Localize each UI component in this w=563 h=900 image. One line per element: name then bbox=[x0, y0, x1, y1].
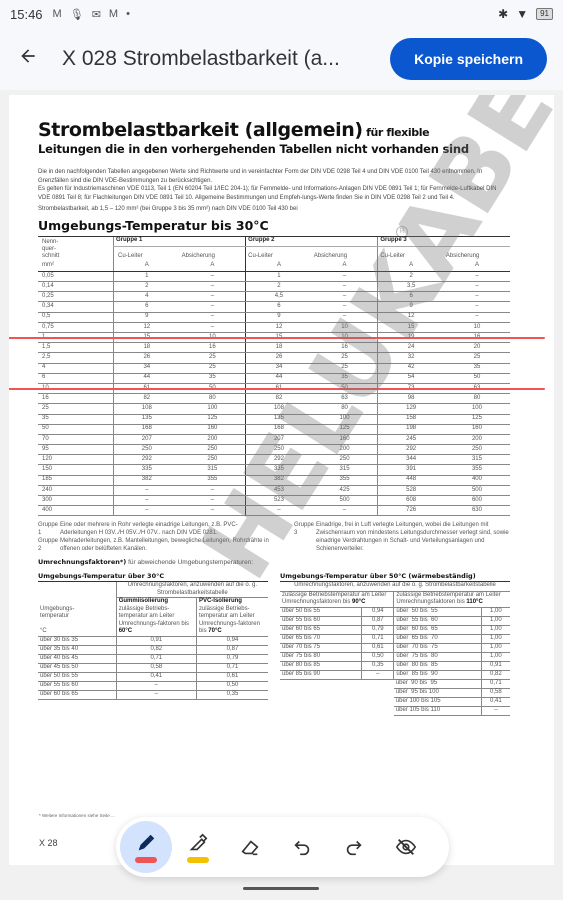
redo-button[interactable] bbox=[328, 821, 380, 873]
table-row: 0,254–4,5–6– bbox=[38, 292, 510, 302]
document-heading: Strombelastbarkeit (allgemein) für flexi… bbox=[38, 121, 510, 142]
table-row: 1,5181618162420 bbox=[38, 343, 510, 353]
conversion-table-30: Umgebungs-Temperatur über 30°C Umgebungs… bbox=[38, 572, 268, 716]
table-row: 0,7512–12101510 bbox=[38, 322, 510, 332]
wifi-icon: ▼ bbox=[516, 7, 528, 21]
annotation-toolbar bbox=[116, 817, 449, 877]
table-row: über 105 bis 110– bbox=[280, 706, 510, 715]
table-row: über 90 bis 950,71 bbox=[280, 679, 510, 688]
bluetooth-icon: ✱ bbox=[498, 7, 508, 21]
table-row: 240––453425528500 bbox=[38, 485, 510, 495]
eye-off-icon bbox=[395, 836, 417, 858]
arrow-left-icon bbox=[18, 46, 38, 66]
conversion-note: Umrechnungsfaktoren*) für abweichende Um… bbox=[38, 558, 510, 567]
table-row: über 95 bis 1000,58 bbox=[280, 688, 510, 697]
table-row: 185382355382355448400 bbox=[38, 475, 510, 485]
group-header: Gruppe 3 bbox=[378, 237, 510, 247]
back-button[interactable] bbox=[18, 46, 42, 72]
mic-icon: 🎙 bbox=[70, 8, 84, 21]
table-row: über 45 bis 500,580,71 bbox=[38, 663, 268, 672]
conversion-table-50: Umgebungs-Temperatur über 50°C (wärmebes… bbox=[280, 572, 510, 716]
table-row: über 55 bis 60–0,50 bbox=[38, 681, 268, 690]
app-bar: X 028 Strombelastbarkeit (a... Kopie spe… bbox=[0, 28, 563, 90]
table-row: 16828082639880 bbox=[38, 394, 510, 404]
eraser-tool[interactable] bbox=[224, 821, 276, 873]
table-row: über 40 bis 450,710,79 bbox=[38, 654, 268, 663]
group-header: Gruppe 2 bbox=[246, 237, 378, 247]
group-legend: Gruppe 1Eine oder mehrere in Rohr verleg… bbox=[38, 521, 510, 553]
table-row: über 100 bis 1050,41 bbox=[280, 697, 510, 706]
table-row: über 30 bis 350,910,94 bbox=[38, 636, 268, 645]
pen-tool[interactable] bbox=[120, 821, 172, 873]
hide-annotations-button[interactable] bbox=[380, 821, 432, 873]
table-row: über 65 bis 700,71über 65 bis 701,00 bbox=[280, 634, 510, 643]
document-page[interactable]: R Strombelastbarkeit (allgemein) für fle… bbox=[9, 95, 554, 865]
ampacity-table: Nenn- quer- schnitt Gruppe 1 Gruppe 2 Gr… bbox=[38, 237, 510, 517]
table-row: 2,5262526253225 bbox=[38, 353, 510, 363]
page-number: X 28 bbox=[39, 838, 58, 848]
table-row: 35135125135100158125 bbox=[38, 414, 510, 424]
table-row: über 60 bis 650,79über 60 bis 651,00 bbox=[280, 625, 510, 634]
clock: 15:46 bbox=[10, 7, 43, 22]
battery-icon: 91 bbox=[536, 8, 553, 20]
table-row: über 55 bis 600,87über 55 bis 601,00 bbox=[280, 616, 510, 625]
footnote: * Weitere Informationen siehe Seite ... bbox=[39, 813, 115, 818]
table-row: 95250250250200292250 bbox=[38, 445, 510, 455]
intro-text: Die in den nachfolgenden Tabellen angege… bbox=[38, 168, 510, 214]
highlighter-color-swatch bbox=[187, 857, 209, 863]
mail-badge-icon: ✉ bbox=[92, 8, 101, 21]
highlighter-icon bbox=[187, 832, 209, 854]
highlighter-tool[interactable] bbox=[172, 821, 224, 873]
table-row: über 75 bis 800,50über 75 bis 801,00 bbox=[280, 652, 510, 661]
document-title: X 028 Strombelastbarkeit (a... bbox=[62, 47, 374, 71]
table-row: 50168160168125198160 bbox=[38, 424, 510, 434]
gmail-icon: M bbox=[53, 8, 62, 20]
table-row: 4342534254235 bbox=[38, 363, 510, 373]
document-subheading: Leitungen die in den vorhergehenden Tabe… bbox=[38, 142, 510, 156]
save-copy-button[interactable]: Kopie speichern bbox=[390, 38, 547, 80]
table-row: 400––––726630 bbox=[38, 506, 510, 516]
table-row: über 50 bis 550,410,61 bbox=[38, 672, 268, 681]
table-row: über 85 bis 90–über 85 bis 900,82 bbox=[280, 670, 510, 679]
table-row: 0,142–2–3,5– bbox=[38, 282, 510, 292]
table-row: 0,59–9–12– bbox=[38, 312, 510, 322]
ink-annotation bbox=[9, 388, 545, 390]
table-row: 300––523500608600 bbox=[38, 496, 510, 506]
table-row: 2510810010880129100 bbox=[38, 404, 510, 414]
table-row: über 80 bis 850,35über 80 bis 850,91 bbox=[280, 661, 510, 670]
table-row: 120292250292250344315 bbox=[38, 455, 510, 465]
unit-row: mm²AAAAAA bbox=[38, 261, 510, 271]
pen-color-swatch bbox=[135, 857, 157, 863]
ink-annotation bbox=[9, 337, 545, 339]
table-row: 70207200207160245200 bbox=[38, 434, 510, 444]
table-row: über 50 bis 550,94über 50 bis 551,00 bbox=[280, 607, 510, 616]
table-row: 6443544355450 bbox=[38, 373, 510, 383]
section-title: Umgebungs-Temperatur bis 30°C bbox=[38, 218, 510, 237]
pen-icon bbox=[135, 832, 157, 854]
status-bar: 15:46 M 🎙 ✉ M • ✱ ▼ 91 bbox=[0, 0, 563, 28]
table-row: über 60 bis 65–0,35 bbox=[38, 690, 268, 699]
undo-button[interactable] bbox=[276, 821, 328, 873]
group-header: Gruppe 1 bbox=[114, 237, 246, 247]
eraser-icon bbox=[239, 836, 261, 858]
undo-icon bbox=[291, 836, 313, 858]
col-header-cross-section: Nenn- quer- schnitt bbox=[38, 237, 114, 261]
table-row: über 70 bis 750,61über 70 bis 751,00 bbox=[280, 643, 510, 652]
table-row: über 35 bis 400,820,87 bbox=[38, 645, 268, 654]
table-row: 0,051–1–2– bbox=[38, 271, 510, 281]
redo-icon bbox=[343, 836, 365, 858]
gmail-icon: M bbox=[109, 8, 118, 20]
table-row: 150335315335315391355 bbox=[38, 465, 510, 475]
dot-icon: • bbox=[126, 8, 130, 20]
table-row: 0,346–6–9– bbox=[38, 302, 510, 312]
gesture-nav-bar[interactable] bbox=[243, 887, 319, 890]
